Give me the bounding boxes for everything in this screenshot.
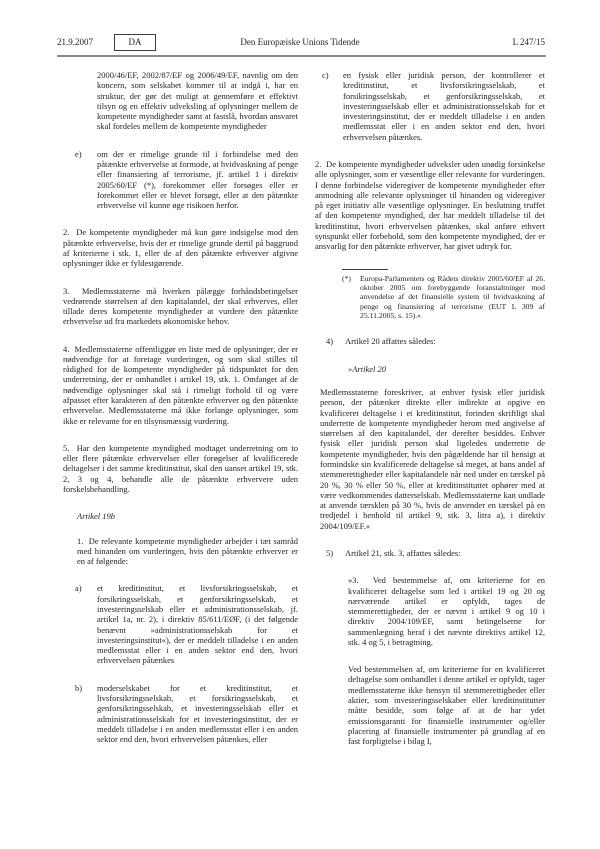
list-item-a: a)et kreditinstitut, et livsforsikringss… xyxy=(57,583,298,665)
article-19b-heading: Artikel 19b xyxy=(57,511,298,521)
continuation-paragraph: 2000/46/EF, 2002/87/EF og 2006/49/EF, na… xyxy=(57,70,298,132)
article-20-body: Medlemsstaterne foreskriver, at enhver f… xyxy=(312,387,545,531)
item-e-marker: e) xyxy=(75,149,82,159)
quote-paragraph-3: »3. Ved bestemmelse af, om kriterierne f… xyxy=(312,575,545,647)
item-5-text: Artikel 21, stk. 3, affattes således: xyxy=(345,548,461,558)
paragraph-5: 5. Har den kompetente myndighed modtaget… xyxy=(57,443,298,494)
paragraph-2: 2. De kompetente myndigheder må kun gøre… xyxy=(57,227,298,268)
paragraph-4: 4. Medlemsstaterne offentliggør en liste… xyxy=(57,344,298,426)
list-item-b: b)moderselskabet for et kreditinstitut, … xyxy=(57,683,298,745)
footnote: (*)Europa-Parlamentets og Rådets direkti… xyxy=(312,274,545,321)
quote-paragraph-3-continuation: Ved bestemmelsen af, om kriterierne for … xyxy=(312,664,545,746)
item-4-marker: 4) xyxy=(326,336,333,346)
amendment-item-5: 5)Artikel 21, stk. 3, affattes således: xyxy=(312,548,545,558)
list-item-e: e)om der er rimelige grunde til i forbin… xyxy=(57,149,298,211)
page-reference: L 247/15 xyxy=(513,37,545,47)
left-column: 2000/46/EF, 2002/87/EF og 2006/49/EF, na… xyxy=(57,70,298,761)
paragraph-1: 1. De relevante kompetente myndigheder a… xyxy=(57,536,298,567)
item-5-marker: 5) xyxy=(326,548,333,558)
list-item-c: c)en fysisk eller juridisk person, der k… xyxy=(312,70,545,142)
footnote-marker: (*) xyxy=(342,274,351,283)
amendment-item-4: 4)Artikel 20 affattes således: xyxy=(312,336,545,346)
item-c-text: en fysisk eller juridisk person, der kon… xyxy=(343,70,545,142)
header-rule xyxy=(57,55,546,57)
item-a-marker: a) xyxy=(75,583,82,593)
item-b-text: moderselskabet for et kreditinstitut, et… xyxy=(97,683,298,744)
item-e-text: om der er rimelige grunde til i forbinde… xyxy=(97,149,298,210)
paragraph-2-right: 2. De kompetente myndigheder udveksler u… xyxy=(312,159,545,252)
journal-title: Den Europæiske Unions Tidende xyxy=(0,37,600,47)
item-4-text: Artikel 20 affattes således: xyxy=(345,336,436,346)
footnote-text: Europa-Parlamentets og Rådets direktiv 2… xyxy=(360,274,545,321)
footnote-rule xyxy=(342,269,388,270)
item-c-marker: c) xyxy=(322,70,329,80)
paragraph-3: 3. Medlemsstaterne må hverken pålægge fo… xyxy=(57,286,298,327)
official-journal-page: 21.9.2007 DA Den Europæiske Unions Tiden… xyxy=(0,0,600,849)
right-column: c)en fysisk eller juridisk person, der k… xyxy=(312,70,545,763)
article-20-heading: »Artikel 20 xyxy=(312,364,545,374)
item-a-text: et kreditinstitut, et livsforsikringssel… xyxy=(97,583,298,665)
item-b-marker: b) xyxy=(75,683,82,693)
